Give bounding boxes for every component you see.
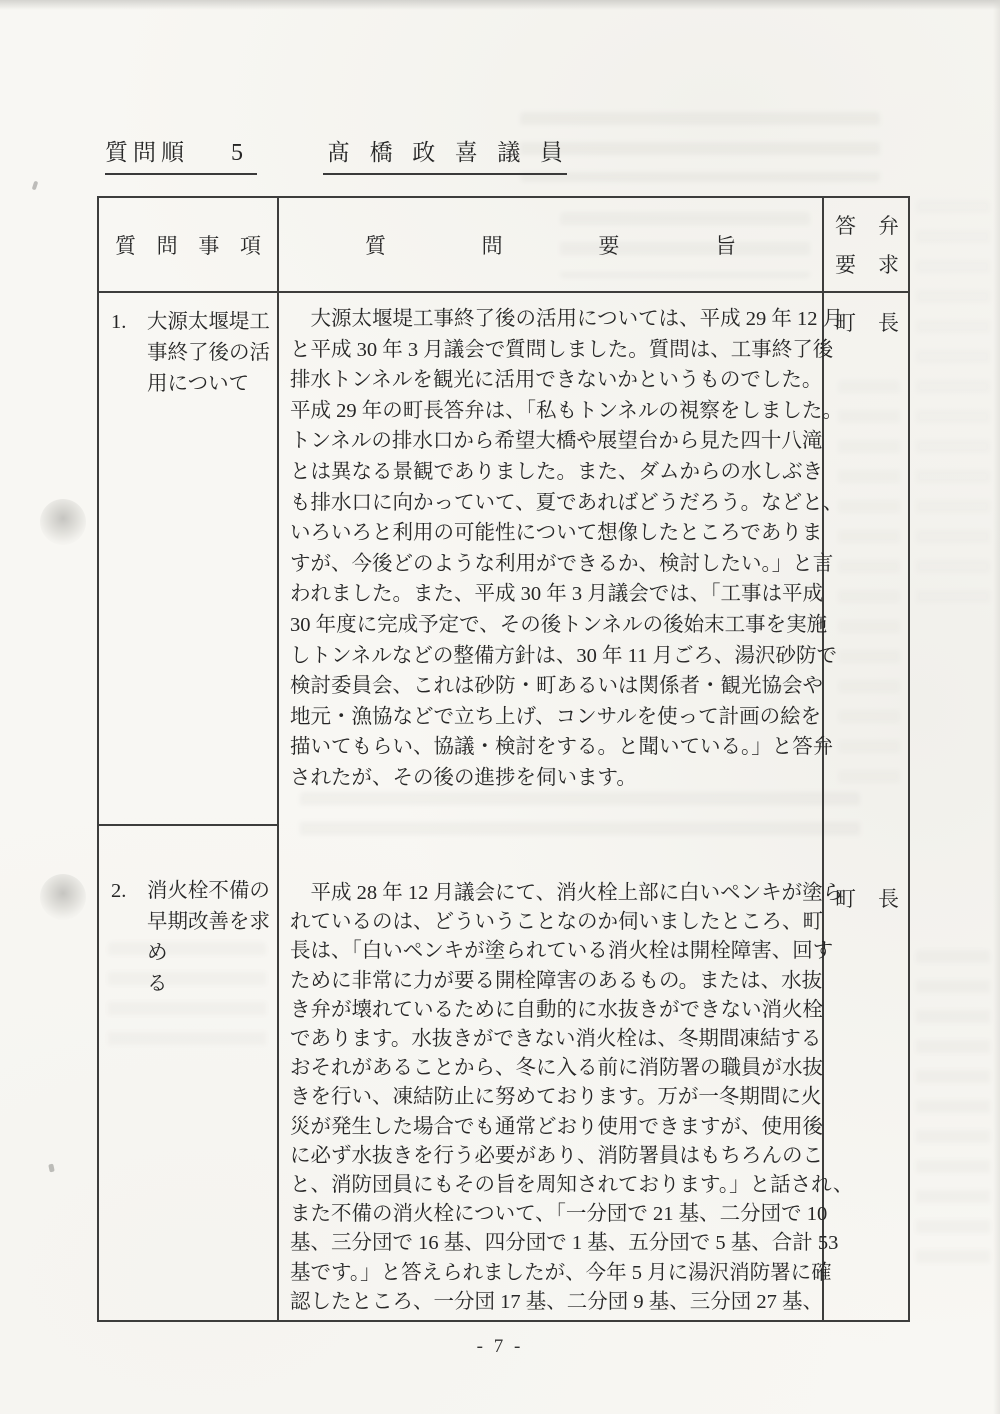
char: 答 (835, 210, 856, 240)
text-line: トンネルの排水口から希望大橋や展望台から見た四十八滝 (290, 426, 818, 457)
text-line: 早期改善を求め (111, 907, 273, 969)
text-line: しトンネルなどの整備方針は、30 年 11 月ごろ、湯沢砂防で (290, 641, 818, 672)
text-line: 2. 消火栓不備の (111, 876, 273, 907)
scanned-document-page: { "document": { "title": { "order_label"… (0, 0, 1000, 1414)
bleed-through-text (916, 950, 990, 1270)
text-line: 描いてもらい、協議・検討をする。と聞いている。」と答弁 (290, 732, 818, 763)
member-name: 髙橋政喜議員 (327, 134, 563, 167)
header-question-item: 質問事項 (99, 198, 277, 291)
question-order-number: 5 (231, 140, 243, 167)
char: 質 (115, 230, 136, 260)
scan-speck (48, 1164, 55, 1173)
header-question-item-label: 質問事項 (115, 230, 261, 260)
text-line: いろいろと利用の可能性について想像したところでありま (290, 518, 818, 549)
question-summary-1: 大源太堰堤工事終了後の活用については、平成 29 年 12 月と平成 30 年 … (279, 304, 822, 794)
text-line: 用について (111, 369, 273, 400)
text-line: おそれがあることから、冬に入る前に消防署の職員が水抜 (290, 1054, 818, 1083)
text-line: されたが、その後の進捗を伺います。 (290, 763, 818, 794)
text-line: 長は、「白いペンキが塗られている消火栓は開栓障害、回す (290, 937, 818, 966)
char: 喜 (455, 134, 478, 167)
text-line: 基です。」と答えられましたが、今年 5 月に湯沢消防署に確 (290, 1259, 818, 1288)
text-line: 基、三分団で 16 基、四分団で 1 基、五分団で 5 基、合計 53 (290, 1229, 818, 1258)
text-line: また不備の消火栓について、「一分団で 21 基、二分団で 10 (290, 1200, 818, 1229)
text-line: であります。水抜きができない消火栓は、冬期間凍結する (290, 1025, 818, 1054)
char: 政 (412, 134, 435, 167)
text-line: 検討委員会、これは砂防・町あるいは関係者・観光協会や (290, 671, 818, 702)
bleed-through-text (520, 112, 880, 182)
question-order: 質問順 5 (105, 134, 257, 175)
respondent-1: 町長 (824, 307, 910, 337)
char: 議 (497, 134, 520, 167)
page-number: - 7 - (0, 1336, 1000, 1358)
header-answer-request-line1: 答弁 (835, 210, 899, 240)
text-line: れているのは、どういうことなのか伺いましたところ、町 (290, 908, 818, 937)
text-line: きを行い、凍結防止に努めております。万が一冬期間に火 (290, 1083, 818, 1112)
char: 町 (835, 883, 856, 913)
header-question-summary: 質問要旨 (279, 198, 822, 291)
text-line: き弁が壊れているために自動的に水抜きができない消火栓 (290, 996, 818, 1025)
text-line: に必ず水抜きを行う必要があり、消防署員はもちろんのこ (290, 1142, 818, 1171)
answer-request-column: 町長 町長 (824, 293, 910, 1322)
text-line: 排水トンネルを観光に活用できないかというものでした。 (290, 365, 818, 396)
header-answer-request-line2: 要求 (835, 249, 899, 279)
scan-speck (32, 181, 39, 191)
punch-hole-bottom (40, 874, 86, 920)
member-name-underlined: 髙橋政喜議員 (323, 134, 567, 175)
char: 項 (240, 230, 261, 260)
text-line: 1. 大源太堰堤工 (111, 307, 273, 338)
text-line: 地元・漁協などで立ち上げ、コンサルを使って計画の絵を (290, 702, 818, 733)
question-summary-2: 平成 28 年 12 月議会にて、消火栓上部に白いペンキが塗られているのは、どう… (279, 879, 822, 1317)
text-line: 認したところ、一分団 17 基、二分団 9 基、三分団 27 基、 (290, 1288, 818, 1317)
char: 橋 (370, 134, 393, 167)
char: 髙 (327, 134, 350, 167)
question-order-label: 質問順 (105, 134, 189, 167)
char: 長 (878, 883, 899, 913)
text-line: と平成 30 年 3 月議会で質問しました。質問は、工事終了後 (290, 335, 818, 366)
text-line: 災が発生した場合でも通常どおり使用できますが、使用後 (290, 1113, 818, 1142)
respondent-2: 町長 (824, 883, 910, 913)
scan-right-edge (993, 0, 1000, 1414)
document-heading: 質問順 5 髙橋政喜議員 (105, 134, 567, 175)
char: 問 (482, 230, 503, 260)
text-line: とは異なる景観でありました。また、ダムからの水しぶき (290, 457, 818, 488)
char: 員 (540, 134, 563, 167)
char: 町 (835, 307, 856, 337)
text-line: 30 年度に完成予定で、その後トンネルの後始末工事を実施 (290, 610, 818, 641)
char: 要 (598, 230, 619, 260)
char: 要 (835, 249, 856, 279)
question-table: 質問事項 質問要旨 答弁 要求 1. 大源太堰堤工事終了後の活用について 2. … (97, 196, 910, 1322)
text-line: 事終了後の活 (111, 338, 273, 369)
text-line: 大源太堰堤工事終了後の活用については、平成 29 年 12 月 (290, 304, 818, 335)
text-line: 平成 29 年の町長答弁は、「私もトンネルの視察をしました。 (290, 396, 818, 427)
char: 質 (365, 230, 386, 260)
text-line: ために非常に力が要る開栓障害のあるもの。または、水抜 (290, 967, 818, 996)
text-line: る (111, 969, 273, 1000)
question-summary-column: 大源太堰堤工事終了後の活用については、平成 29 年 12 月と平成 30 年 … (279, 293, 822, 1322)
bleed-through-text (916, 200, 990, 620)
header-question-summary-label: 質問要旨 (365, 230, 736, 260)
text-line: われました。また、平成 30 年 3 月議会では、「工事は平成 (290, 579, 818, 610)
text-line: と、消防団員にもその旨を周知されております。」と話され、 (290, 1171, 818, 1200)
char: 弁 (878, 210, 899, 240)
char: 事 (198, 230, 219, 260)
text-line: すが、今後どのような利用ができるか、検討したい。」と言 (290, 549, 818, 580)
char: 問 (157, 230, 178, 260)
question-item-1: 1. 大源太堰堤工事終了後の活用について (99, 293, 277, 822)
punch-hole-top (40, 499, 86, 545)
text-line: も排水口に向かっていて、夏であればどうだろう。などと、 (290, 488, 818, 519)
text-line: 平成 28 年 12 月議会にて、消火栓上部に白いペンキが塗ら (290, 879, 818, 908)
char: 求 (878, 249, 899, 279)
char: 長 (878, 307, 899, 337)
question-item-2: 2. 消火栓不備の早期改善を求める (99, 826, 277, 1322)
scan-top-edge (0, 0, 1000, 10)
char: 旨 (715, 230, 736, 260)
header-answer-request: 答弁 要求 (824, 198, 910, 291)
